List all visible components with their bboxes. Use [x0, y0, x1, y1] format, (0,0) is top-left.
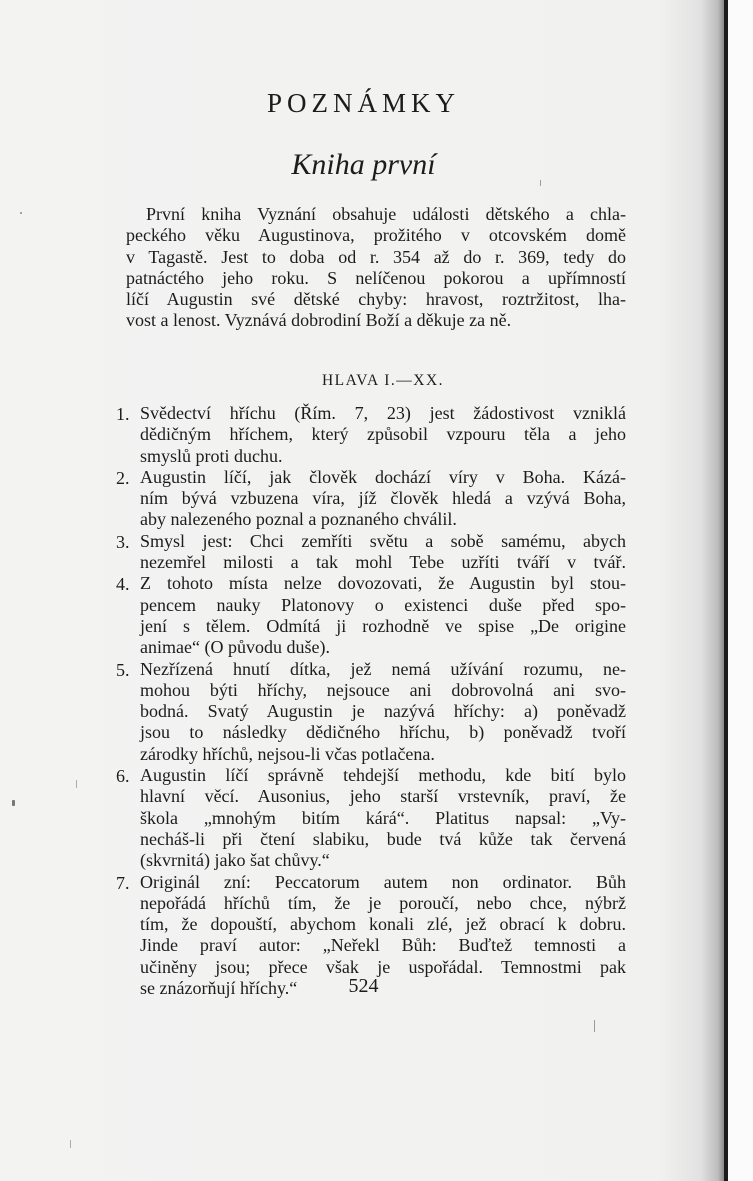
- note-number: 2.: [116, 468, 130, 489]
- book-page: POZNÁMKY Kniha první První kniha Vyznání…: [0, 0, 727, 1181]
- intro-line: v Tagastě. Jest to doba od r. 354 až do …: [126, 247, 626, 268]
- intro-line: První kniha Vyznání obsahuje události dě…: [126, 204, 626, 225]
- paper-speck: [20, 212, 22, 214]
- note-number: 7.: [116, 873, 130, 894]
- note-line: (skvrnitá) jako šat chůvy.“: [140, 850, 626, 871]
- paper-speck: [540, 180, 541, 186]
- paper-speck: [594, 1020, 595, 1032]
- note-line: bodná. Svatý Augustin je nazývá hříchy: …: [140, 701, 626, 722]
- intro-line: líčí Augustin své dětské chyby: hravost,…: [126, 289, 626, 310]
- page-title: POZNÁMKY: [0, 88, 727, 119]
- note-item: 5. Nezřízená hnutí dítka, jež nemá užívá…: [116, 659, 626, 765]
- note-line: jení s tělem. Odmítá ji rozhodně ve spis…: [140, 616, 626, 637]
- note-line: tím, že dopouští, abychom konali zlé, je…: [140, 914, 626, 935]
- note-line: Jinde praví autor: „Neřekl Bůh: Buďtež t…: [140, 935, 626, 956]
- note-line: nezemřel milosti a tak mohl Tebe uzříti …: [140, 552, 626, 573]
- note-line: Svědectví hříchu (Řím. 7, 23) jest žádos…: [140, 403, 626, 424]
- note-line: smyslů proti duchu.: [140, 446, 626, 467]
- note-line: nepořádá hříchů tím, že je poroučí, nebo…: [140, 893, 626, 914]
- intro-line: peckého věku Augustinova, prožitého v ot…: [126, 225, 626, 246]
- page-number: 524: [0, 975, 727, 998]
- note-line: zárodky hříchů, nejsou-li včas potlačena…: [140, 744, 626, 765]
- note-item: 4. Z tohoto místa nelze dovozovati, že A…: [116, 573, 626, 658]
- note-line: animae“ (O původu duše).: [140, 637, 626, 658]
- note-line: dědičným hříchem, který způsobil vzpouru…: [140, 424, 626, 445]
- note-number: 3.: [116, 532, 130, 553]
- intro-line: patnáctého jeho roku. S nelíčenou pokoro…: [126, 268, 626, 289]
- note-line: pencem nauky Platonovy o existenci duše …: [140, 595, 626, 616]
- note-line: necháš-li při čtení slabiku, bude tvá ků…: [140, 829, 626, 850]
- note-item: 2. Augustin líčí, jak člověk dochází vír…: [116, 467, 626, 531]
- note-line: jsou to následky dědičného hříchu, b) po…: [140, 722, 626, 743]
- intro-line: vost a lenost. Vyznává dobrodiní Boží a …: [126, 310, 626, 331]
- note-line: Z tohoto místa nelze dovozovati, že Augu…: [140, 573, 626, 594]
- note-line: Nezřízená hnutí dítka, jež nemá užívání …: [140, 659, 626, 680]
- note-line: ním bývá vzbuzena víra, jíž člověk hledá…: [140, 488, 626, 509]
- note-line: hlavní věcí. Ausonius, jeho starší vrste…: [140, 786, 626, 807]
- note-number: 4.: [116, 574, 130, 595]
- note-item: 1. Svědectví hříchu (Řím. 7, 23) jest žá…: [116, 403, 626, 467]
- note-line: škola „mnohým bitím kárá“. Platitus naps…: [140, 808, 626, 829]
- notes-list: 1. Svědectví hříchu (Řím. 7, 23) jest žá…: [116, 403, 626, 999]
- paper-speck: [76, 780, 77, 788]
- note-number: 6.: [116, 766, 130, 787]
- intro-paragraph: První kniha Vyznání obsahuje události dě…: [126, 204, 626, 332]
- note-line: Originál zní: Peccatorum autem non ordin…: [140, 872, 626, 893]
- note-line: Augustin líčí správně tehdejší methodu, …: [140, 765, 626, 786]
- scan-margin: [728, 0, 753, 1181]
- paper-speck: [70, 1140, 71, 1148]
- note-line: Augustin líčí, jak člověk dochází víry v…: [140, 467, 626, 488]
- note-line: Smysl jest: Chci zemříti světu a sobě sa…: [140, 531, 626, 552]
- note-number: 5.: [116, 660, 130, 681]
- page-subtitle: Kniha první: [0, 148, 727, 182]
- note-line: aby nalezeného poznal a poznaného chváli…: [140, 509, 626, 530]
- paper-speck: [12, 800, 15, 806]
- section-heading: HLAVA I.—XX.: [0, 372, 753, 390]
- note-item: 3. Smysl jest: Chci zemříti světu a sobě…: [116, 531, 626, 574]
- note-line: mohou býti hříchy, nejsouce ani dobrovol…: [140, 680, 626, 701]
- note-number: 1.: [116, 404, 130, 425]
- note-item: 6. Augustin líčí správně tehdejší method…: [116, 765, 626, 871]
